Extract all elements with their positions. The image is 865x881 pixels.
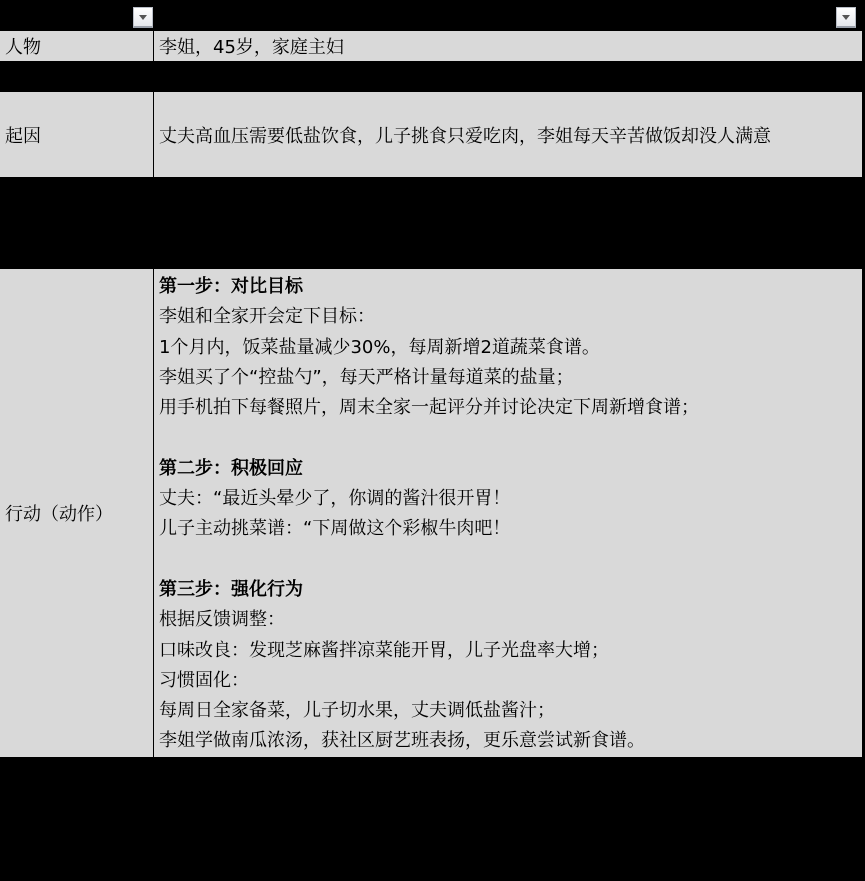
dropdown-arrow-icon bbox=[139, 15, 147, 20]
table-row-character: 人物 李姐，45岁，家庭主妇 bbox=[0, 31, 862, 61]
cell-label[interactable]: 起因 bbox=[0, 92, 154, 177]
cell-value[interactable]: 李姐，45岁，家庭主妇 bbox=[154, 31, 862, 61]
cell-value[interactable]: 丈夫高血压需要低盐饮食，儿子挑食只爱吃肉，李姐每天辛苦做饭却没人满意 bbox=[154, 92, 862, 177]
blank-line bbox=[159, 423, 862, 453]
text-line: 用手机拍下每餐照片，周末全家一起评分并讨论决定下周新增食谱； bbox=[159, 393, 862, 423]
step-heading: 第三步：强化行为 bbox=[159, 575, 862, 605]
dropdown-arrow-icon bbox=[842, 15, 850, 20]
text-line: 李姐买了个“控盐勺”，每天严格计量每道菜的盐量； bbox=[159, 363, 862, 393]
text-line: 口味改良：发现芝麻酱拌凉菜能开胃，儿子光盘率大增； bbox=[159, 636, 862, 666]
text-line: 每周日全家备菜，儿子切水果，丈夫调低盐酱汁； bbox=[159, 696, 862, 726]
table-row-cause: 起因 丈夫高血压需要低盐饮食，儿子挑食只爱吃肉，李姐每天辛苦做饭却没人满意 bbox=[0, 92, 862, 177]
table-row-action: 行动（动作） 第一步：对比目标 李姐和全家开会定下目标： 1个月内，饭菜盐量减少… bbox=[0, 269, 862, 757]
cell-value[interactable]: 第一步：对比目标 李姐和全家开会定下目标： 1个月内，饭菜盐量减少30%，每周新… bbox=[154, 269, 862, 757]
step-heading: 第一步：对比目标 bbox=[159, 272, 862, 302]
filter-button-column-b[interactable] bbox=[836, 7, 856, 28]
text-line: 儿子主动挑菜谱：“下周做这个彩椒牛肉吧！ bbox=[159, 514, 862, 544]
header-row bbox=[0, 0, 865, 30]
text-line: 习惯固化： bbox=[159, 666, 862, 696]
text-line: 根据反馈调整： bbox=[159, 605, 862, 635]
filter-button-column-a[interactable] bbox=[133, 7, 153, 28]
step-heading: 第二步：积极回应 bbox=[159, 454, 862, 484]
text-line: 丈夫：“最近头晕少了，你调的酱汁很开胃！ bbox=[159, 484, 862, 514]
label-text: 行动（动作） bbox=[5, 500, 113, 526]
cell-label[interactable]: 行动（动作） bbox=[0, 269, 154, 757]
text-line: 1个月内，饭菜盐量减少30%，每周新增2道蔬菜食谱。 bbox=[159, 333, 862, 363]
label-text: 起因 bbox=[5, 122, 41, 148]
cell-label[interactable]: 人物 bbox=[0, 31, 154, 61]
label-text: 人物 bbox=[5, 33, 41, 59]
blank-line bbox=[159, 545, 862, 575]
text-line: 李姐和全家开会定下目标： bbox=[159, 302, 862, 332]
value-text: 李姐，45岁，家庭主妇 bbox=[159, 33, 862, 59]
value-text: 丈夫高血压需要低盐饮食，儿子挑食只爱吃肉，李姐每天辛苦做饭却没人满意 bbox=[159, 122, 862, 148]
text-line: 李姐学做南瓜浓汤，获社区厨艺班表扬，更乐意尝试新食谱。 bbox=[159, 726, 862, 756]
